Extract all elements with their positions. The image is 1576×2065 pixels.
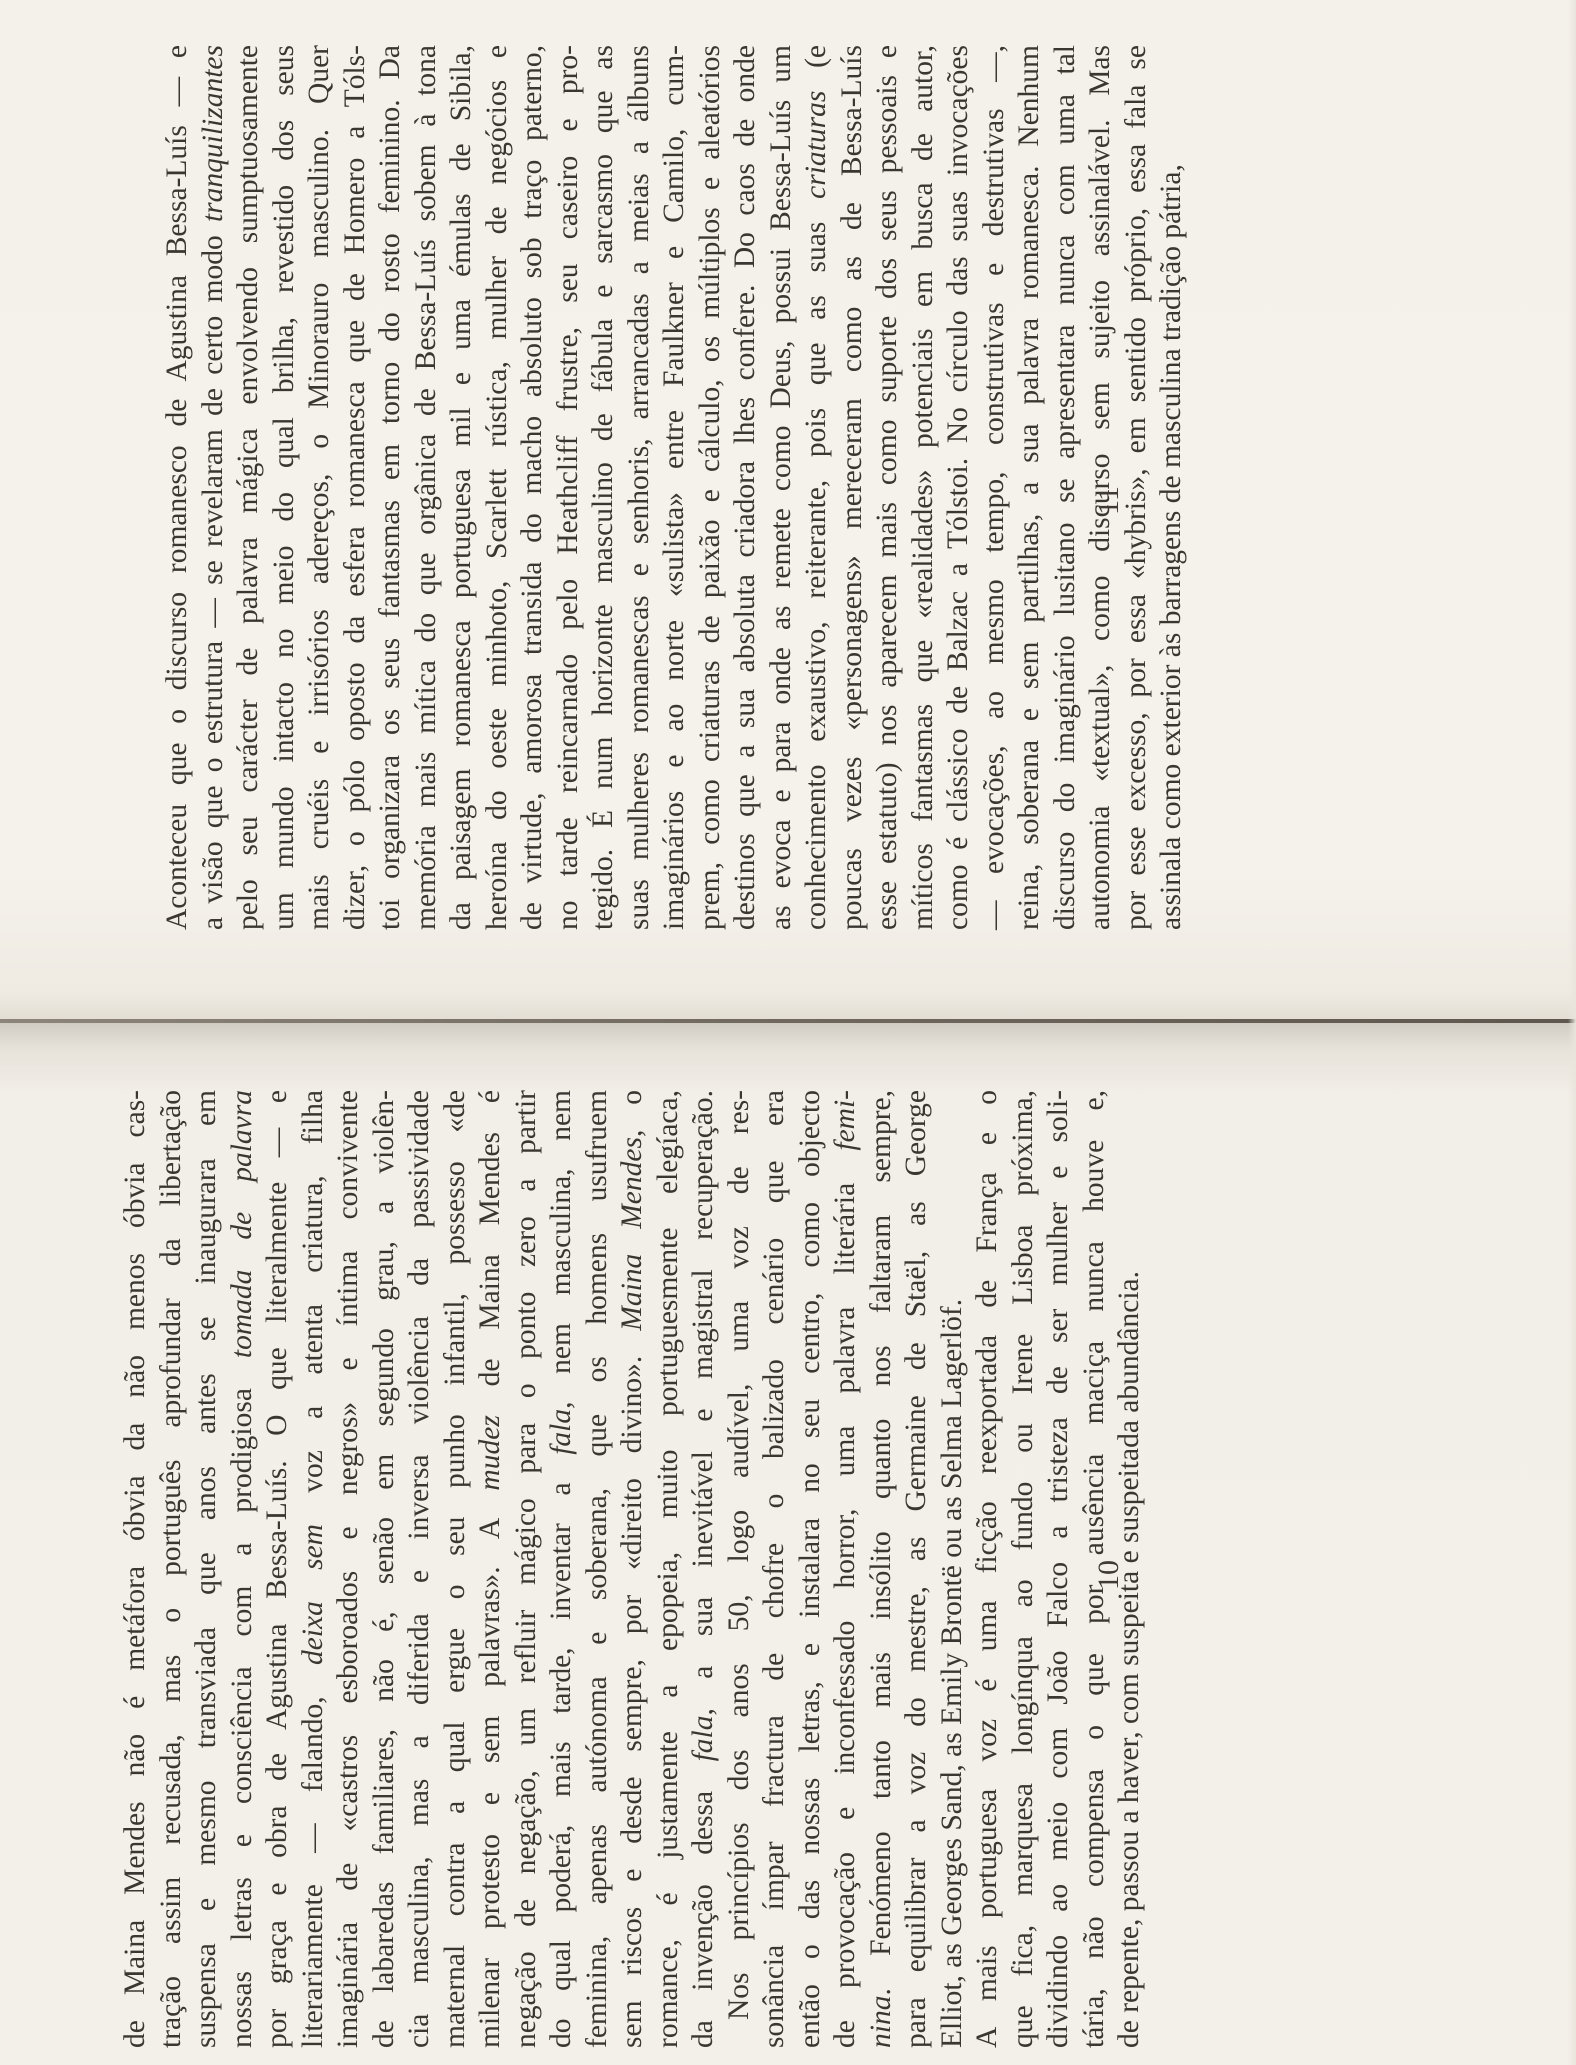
text-line: romance, é justamente a epopeia, muito p… xyxy=(651,1090,687,2048)
text-segment: por graça e obra de Agustina Bessa-Luís.… xyxy=(261,1090,293,2048)
text-line: negação de negação, um refluir mágico pa… xyxy=(509,1090,545,2048)
text-line: sem riscos e desde sempre, por «direito … xyxy=(615,1090,651,2048)
text-segment: suspensa e mesmo transviada que anos ant… xyxy=(190,1090,222,2048)
text-line: imaginários e ao norte «sulista» entre F… xyxy=(657,45,693,930)
text-segment: — evocações, ao mesmo tempo, construtiva… xyxy=(978,45,1010,930)
text-segment: cia masculina, mas a diferida e inversa … xyxy=(403,1090,435,2048)
text-segment: de provocação e inconfessado horror, uma… xyxy=(829,1151,861,2048)
text-line: suas mulheres romanescas e senhoris, arr… xyxy=(622,45,658,930)
text-segment: , o xyxy=(616,1090,648,1137)
italic-text: nina xyxy=(865,1996,897,2048)
text-segment: A mais portuguesa voz é uma ficção reexp… xyxy=(971,1090,1003,2048)
text-line: heroína do oeste minhoto, Scarlett rústi… xyxy=(480,45,516,930)
text-line: por graça e obra de Agustina Bessa-Luís.… xyxy=(260,1090,296,2048)
text-segment: pelo seu carácter de palavra mágica envo… xyxy=(232,45,264,930)
book-gutter xyxy=(0,1019,1576,1023)
text-segment: que fica, marquesa longínqua ao fundo ou… xyxy=(1007,1090,1039,2048)
text-line: conhecimento exaustivo, reiterante, pois… xyxy=(799,45,835,930)
text-segment: reina, soberana e sem partilhas, a sua p… xyxy=(1013,45,1045,930)
page-number-11: 11 xyxy=(1094,486,1124,515)
text-segment: míticos fantasmas que «realidades» poten… xyxy=(907,45,939,930)
text-segment: suas mulheres romanescas e senhoris, arr… xyxy=(623,45,655,930)
text-segment: mais cruéis e irrisórios adereços, o Min… xyxy=(303,45,335,930)
text-segment: conhecimento exaustivo, reiterante, pois… xyxy=(800,199,832,930)
text-line: para equilibrar a voz do mestre, as Germ… xyxy=(899,1090,935,2048)
text-line: de virtude, amorosa transida do macho ab… xyxy=(515,45,551,930)
text-segment: Nos princípios dos anos 50, logo audível… xyxy=(723,1090,755,2020)
text-segment: esse estatuto) nos aparecem mais como su… xyxy=(871,45,903,930)
text-line: cia masculina, mas a diferida e inversa … xyxy=(402,1090,438,2048)
scan-edge xyxy=(1568,0,1576,2065)
text-segment: toi organizara os seus fantasmas em torn… xyxy=(374,45,406,930)
text-line: Elliot, as Georges Sand, as Emily Brontë… xyxy=(935,1090,971,2048)
italic-text: deixa sem xyxy=(297,1524,329,1665)
text-line: nossas letras e consciência com a prodig… xyxy=(225,1090,261,2048)
text-segment: literariamente — falando, xyxy=(297,1665,329,2048)
text-segment: romance, é justamente a epopeia, muito p… xyxy=(652,1090,684,2048)
text-line: da invenção dessa fala, a sua inevitável… xyxy=(686,1090,722,2048)
text-line: Nos princípios dos anos 50, logo audível… xyxy=(722,1090,758,2048)
text-line: destinos que a sua absoluta criadora lhe… xyxy=(728,45,764,930)
text-segment: de virtude, amorosa transida do macho ab… xyxy=(516,45,548,930)
italic-text: tranquilizantes xyxy=(197,45,229,222)
text-segment: de labaredas familiares, não é, senão em… xyxy=(368,1090,400,2048)
text-segment: (e xyxy=(800,45,832,91)
text-line: como é clássico de Balzac a Tólstoi. No … xyxy=(941,45,977,930)
text-segment: sonância ímpar fractura de chofre o bali… xyxy=(758,1090,790,2048)
text-line: de provocação e inconfessado horror, uma… xyxy=(828,1090,864,2048)
text-line: maternal contra a qual ergue o seu punho… xyxy=(438,1090,474,2048)
text-line: da paisagem romanesca portuguesa mil e u… xyxy=(444,45,480,930)
text-segment: memória mais mítica do que orgânica de B… xyxy=(410,45,442,930)
text-segment: as evoca e para onde as remete como Deus… xyxy=(765,45,797,930)
text-line: milenar protesto e sem palavras». A mude… xyxy=(473,1090,509,2048)
text-line: as evoca e para onde as remete como Deus… xyxy=(764,45,800,930)
text-segment: Elliot, as Georges Sand, as Emily Brontë… xyxy=(936,1299,968,2048)
text-segment: imaginária de «castros esboroados e negr… xyxy=(332,1090,364,2048)
text-line: reina, soberana e sem partilhas, a sua p… xyxy=(1012,45,1048,930)
text-line: dividindo ao meio com João Falco a trist… xyxy=(1041,1090,1077,2048)
text-line: do qual poderá, mais tarde, inventar a f… xyxy=(544,1090,580,2048)
text-line: Aconteceu que o discurso romanesco de Ag… xyxy=(160,45,196,930)
text-segment: prem, como criaturas de paixão e cálculo… xyxy=(694,45,726,930)
text-segment: do qual poderá, mais tarde, inventar a xyxy=(545,1455,577,2048)
text-line: então o das nossas letras, e instalara n… xyxy=(793,1090,829,2048)
text-segment: no tarde reincarnado pelo Heathcliff fru… xyxy=(552,45,584,930)
text-segment: , nem masculina, nem xyxy=(545,1090,577,1409)
text-segment: destinos que a sua absoluta criadora lhe… xyxy=(729,45,761,930)
italic-text: criaturas xyxy=(800,91,832,199)
text-line: prem, como criaturas de paixão e cálculo… xyxy=(693,45,729,930)
page-10-text: de Maina Mendes não é metáfora óbvia da … xyxy=(118,1090,1148,2048)
italic-text: tomada de palavra xyxy=(226,1090,258,1358)
text-line: no tarde reincarnado pelo Heathcliff fru… xyxy=(551,45,587,930)
text-segment: sem riscos e desde sempre, por «direito … xyxy=(616,1331,648,2048)
text-segment: da invenção dessa xyxy=(687,1761,719,2048)
text-line: poucas vezes «personagens» mereceram com… xyxy=(835,45,871,930)
italic-text: fala xyxy=(545,1409,577,1455)
text-line: — evocações, ao mesmo tempo, construtiva… xyxy=(977,45,1013,930)
text-segment: maternal contra a qual ergue o seu punho… xyxy=(439,1090,471,2048)
text-segment: assinala como exterior às barragens de m… xyxy=(1155,164,1187,930)
text-segment: de repente, passou a haver, com suspeita… xyxy=(1113,1271,1145,2048)
text-segment: imaginários e ao norte «sulista» entre F… xyxy=(658,45,690,930)
text-line: tração assim recusada, mas o português a… xyxy=(154,1090,190,2048)
text-line: de labaredas familiares, não é, senão em… xyxy=(367,1090,403,2048)
text-segment: nossas letras e consciência com a prodig… xyxy=(226,1358,258,2048)
text-segment: um mundo intacto no meio do qual brilha,… xyxy=(268,45,300,930)
text-line: míticos fantasmas que «realidades» poten… xyxy=(906,45,942,930)
text-line: dizer, o pólo oposto da esfera romanesca… xyxy=(338,45,374,930)
text-line: toi organizara os seus fantasmas em torn… xyxy=(373,45,409,930)
page-11-text: Aconteceu que o discurso romanesco de Ag… xyxy=(160,45,1190,930)
text-segment: a visão que o estrutura — se revelaram d… xyxy=(197,222,229,930)
text-segment: então o das nossas letras, e instalara n… xyxy=(794,1090,826,2048)
text-line: A mais portuguesa voz é uma ficção reexp… xyxy=(970,1090,1006,2048)
text-line: nina. Fenómeno tanto mais insólito quant… xyxy=(864,1090,900,2048)
text-segment: tração assim recusada, mas o português a… xyxy=(155,1090,187,2048)
italic-text: Maina Mendes xyxy=(616,1137,648,1331)
page-number-10: 10 xyxy=(1094,1560,1124,1590)
text-segment: como é clássico de Balzac a Tólstoi. No … xyxy=(942,45,974,930)
text-segment: feminina, apenas autónoma e soberana, qu… xyxy=(581,1090,613,2048)
italic-text: femi- xyxy=(829,1090,861,1151)
text-line: literariamente — falando, deixa sem voz … xyxy=(296,1090,332,2048)
text-segment: negação de negação, um refluir mágico pa… xyxy=(510,1090,542,2048)
text-segment: de Maina Mendes é xyxy=(474,1090,506,1415)
text-segment: heroína do oeste minhoto, Scarlett rústi… xyxy=(481,45,513,930)
text-line: a visão que o estrutura — se revelaram d… xyxy=(196,45,232,930)
text-segment: da paisagem romanesca portuguesa mil e u… xyxy=(445,45,477,930)
text-segment: voz a atenta criatura, filha xyxy=(297,1090,329,1524)
text-line: mais cruéis e irrisórios adereços, o Min… xyxy=(302,45,338,930)
text-line: assinala como exterior às barragens de m… xyxy=(1154,45,1190,930)
text-line: um mundo intacto no meio do qual brilha,… xyxy=(267,45,303,930)
text-line: memória mais mítica do que orgânica de B… xyxy=(409,45,445,930)
text-segment: poucas vezes «personagens» mereceram com… xyxy=(836,45,868,930)
text-line: suspensa e mesmo transviada que anos ant… xyxy=(189,1090,225,2048)
text-line: tegido. É num horizonte masculino de fáb… xyxy=(586,45,622,930)
text-line: sonância ímpar fractura de chofre o bali… xyxy=(757,1090,793,2048)
text-segment: . Fenómeno tanto mais insólito quanto no… xyxy=(865,1090,897,1996)
text-segment: para equilibrar a voz do mestre, as Germ… xyxy=(900,1090,932,2048)
text-line: imaginária de «castros esboroados e negr… xyxy=(331,1090,367,2048)
text-segment: dividindo ao meio com João Falco a trist… xyxy=(1042,1090,1074,2048)
italic-text: mudez xyxy=(474,1415,506,1490)
text-segment: dizer, o pólo oposto da esfera romanesca… xyxy=(339,45,371,930)
text-segment: tegido. É num horizonte masculino de fáb… xyxy=(587,45,619,930)
text-line: discurso do imaginário lusitano se apres… xyxy=(1048,45,1084,930)
text-segment: de Maina Mendes não é metáfora óbvia da … xyxy=(119,1090,151,2048)
italic-text: fala xyxy=(687,1716,719,1762)
text-segment: Aconteceu que o discurso romanesco de Ag… xyxy=(161,45,193,930)
text-line: de Maina Mendes não é metáfora óbvia da … xyxy=(118,1090,154,2048)
text-segment: , a sua inevitável e magistral recuperaç… xyxy=(687,1090,719,1716)
text-line: que fica, marquesa longínqua ao fundo ou… xyxy=(1006,1090,1042,2048)
text-line: pelo seu carácter de palavra mágica envo… xyxy=(231,45,267,930)
text-line: esse estatuto) nos aparecem mais como su… xyxy=(870,45,906,930)
text-line: feminina, apenas autónoma e soberana, qu… xyxy=(580,1090,616,2048)
text-segment: discurso do imaginário lusitano se apres… xyxy=(1049,45,1081,930)
text-segment: milenar protesto e sem palavras». A xyxy=(474,1491,506,2048)
